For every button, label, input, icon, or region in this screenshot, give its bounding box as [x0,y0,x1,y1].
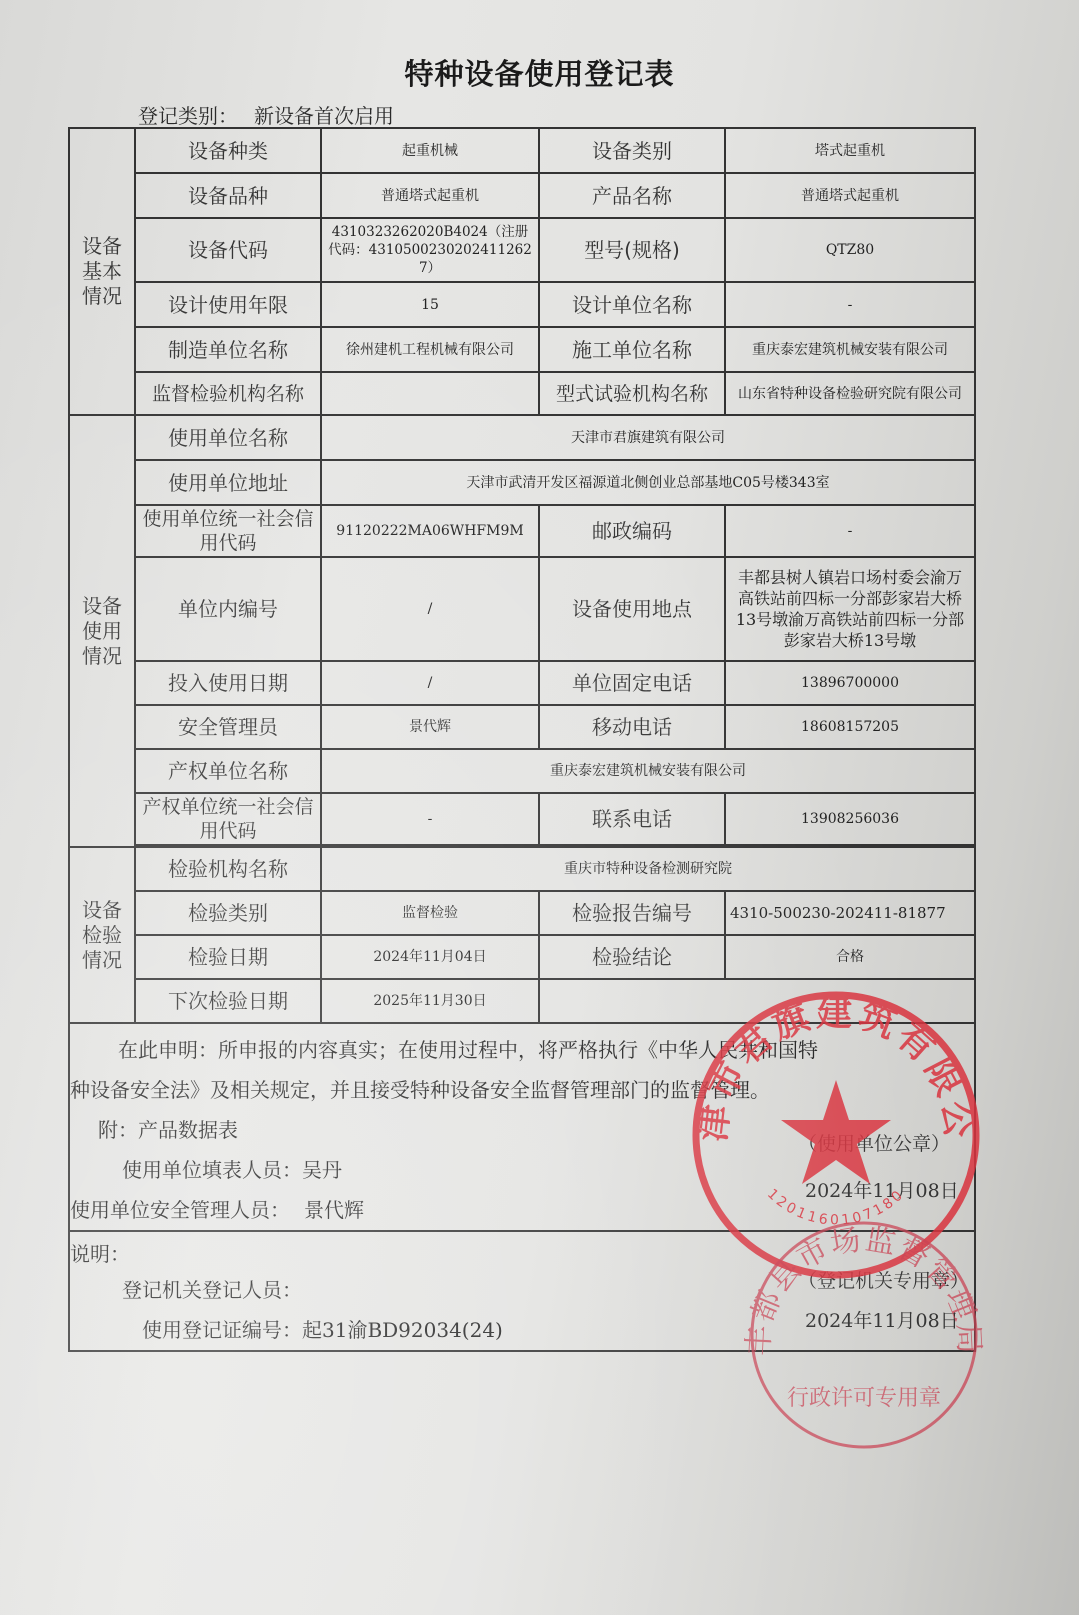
table-row: 下次检验日期 2025年11月30日 [69,979,975,1023]
field-label: 使用单位名称 [135,415,321,460]
table-row: 产权单位名称 重庆泰宏建筑机械安装有限公司 [69,749,975,793]
field-label: 设备类别 [539,128,725,173]
design-unit-value: - [725,282,975,327]
field-label: 设备品种 [135,173,321,218]
safety-manager-value: 景代辉 [321,705,539,749]
owner-credit-value: - [321,793,539,845]
field-label: 产权单位统一社会信用代码 [135,793,321,845]
registration-type: 登记类别：新设备首次启用 [138,100,394,129]
notes-row: 说明： 登记机关登记人员： 使用登记证编号：起31渝BD92034(24) （登… [69,1231,975,1351]
table-row: 设备使用情况 使用单位名称 天津市君旗建筑有限公司 [69,415,975,460]
table-row: 设计使用年限 15 设计单位名称 - [69,282,975,327]
postal-code-value: - [725,505,975,557]
user-name-value: 天津市君旗建筑有限公司 [321,415,975,460]
field-label: 下次检验日期 [135,979,321,1023]
table-row: 设备代码 4310323262020B4024（注册代码：43105002302… [69,218,975,282]
section-inspection-heading: 设备检验情况 [69,847,135,1023]
field-label: 检验类别 [135,891,321,935]
credit-code-value: 91120222MA06WHFM9M [321,505,539,557]
section-usage-heading: 设备使用情况 [69,415,135,847]
field-label: 制造单位名称 [135,327,321,372]
start-date-value: / [321,661,539,705]
field-label: 使用单位地址 [135,460,321,505]
type-test-agency-value: 山东省特种设备检验研究院有限公司 [725,372,975,415]
field-label: 检验日期 [135,935,321,979]
registration-type-label: 登记类别： [138,104,238,128]
table-row: 检验日期 2024年11月04日 检验结论 合格 [69,935,975,979]
form-filler-label: 使用单位填表人员： [122,1158,302,1182]
field-label: 产权单位名称 [135,749,321,793]
field-label: 设计使用年限 [135,282,321,327]
field-label: 检验结论 [539,935,725,979]
declaration-line-1: 在此申明：所申报的内容真实；在使用过程中，将严格执行《中华人民共和国特 [70,1030,974,1070]
field-label: 监督检验机构名称 [135,372,321,415]
contact-phone-value: 13908256036 [725,793,975,845]
company-seal-date: 2024年11月08日 [805,1176,959,1203]
table-row: 使用单位统一社会信用代码 91120222MA06WHFM9M 邮政编码 - [69,505,975,557]
owner-name-value: 重庆泰宏建筑机械安装有限公司 [321,749,975,793]
field-label: 检验报告编号 [539,891,725,935]
fixed-phone-value: 13896700000 [725,661,975,705]
certificate-number-value: 起31渝BD92034(24) [302,1318,503,1342]
table-row: 产权单位统一社会信用代码 - 联系电话 13908256036 [69,793,975,845]
equipment-code-value: 4310323262020B4024（注册代码：4310500230202411… [321,218,539,282]
field-label: 投入使用日期 [135,661,321,705]
safety-manager-name: 景代辉 [304,1198,364,1222]
construction-unit-value: 重庆泰宏建筑机械安装有限公司 [725,327,975,372]
table-row: 检验类别 监督检验 检验报告编号 4310-500230-202411-8187… [69,891,975,935]
equipment-category-value: 塔式起重机 [725,128,975,173]
table-row: 设备品种 普通塔式起重机 产品名称 普通塔式起重机 [69,173,975,218]
form-filler-name: 吴丹 [302,1158,342,1182]
inspection-date-value: 2024年11月04日 [321,935,539,979]
declaration-row: 在此申明：所申报的内容真实；在使用过程中，将严格执行《中华人民共和国特 种设备安… [69,1023,975,1231]
declaration-line-2: 种设备安全法》及相关规定，并且接受特种设备安全监督管理部门的监督管理。 [70,1070,974,1110]
field-label: 设备使用地点 [539,557,725,661]
section-basic-heading: 设备基本情况 [69,128,135,415]
user-address-value: 天津市武清开发区福源道北侧创业总部基地C05号楼343室 [321,460,975,505]
field-label: 设备代码 [135,218,321,282]
supervision-agency-value [321,372,539,415]
registration-form-table: 设备基本情况 设备种类 起重机械 设备类别 塔式起重机 设备品种 普通塔式起重机… [68,127,976,1352]
field-label: 设计单位名称 [539,282,725,327]
table-row: 监督检验机构名称 型式试验机构名称 山东省特种设备检验研究院有限公司 [69,372,975,415]
certificate-number-label: 使用登记证编号： [142,1318,302,1342]
field-label: 安全管理员 [135,705,321,749]
field-label: 单位固定电话 [539,661,725,705]
product-name-value: 普通塔式起重机 [725,173,975,218]
internal-no-value: / [321,557,539,661]
equipment-variety-value: 普通塔式起重机 [321,173,539,218]
mobile-value: 18608157205 [725,705,975,749]
design-life-value: 15 [321,282,539,327]
registration-type-value: 新设备首次启用 [254,104,394,128]
field-label: 使用单位统一社会信用代码 [135,505,321,557]
field-label: 设备种类 [135,128,321,173]
svg-text:行政许可专用章: 行政许可专用章 [787,1386,941,1411]
document-page: 特种设备使用登记表 登记类别：新设备首次启用 设备基本情况 设备种类 起重机械 … [0,0,1079,1615]
notes-section: 说明： 登记机关登记人员： 使用登记证编号：起31渝BD92034(24) （登… [69,1231,975,1351]
safety-manager-label: 使用单位安全管理人员： [70,1198,290,1222]
authority-seal-date: 2024年11月08日 [805,1306,959,1333]
field-label: 检验机构名称 [135,847,321,891]
inspection-agency-value: 重庆市特种设备检测研究院 [321,847,975,891]
field-label: 型号(规格) [539,218,725,282]
table-row: 制造单位名称 徐州建机工程机械有限公司 施工单位名称 重庆泰宏建筑机械安装有限公… [69,327,975,372]
table-row: 单位内编号 / 设备使用地点 丰都县树人镇岩口场村委会渝万高铁站前四标一分部彭家… [69,557,975,661]
company-seal-caption: （使用单位公章） [798,1129,950,1156]
table-row: 设备检验情况 检验机构名称 重庆市特种设备检测研究院 [69,847,975,891]
declaration-section: 在此申明：所申报的内容真实；在使用过程中，将严格执行《中华人民共和国特 种设备安… [69,1023,975,1231]
document-title: 特种设备使用登记表 [0,52,1079,93]
equipment-kind-value: 起重机械 [321,128,539,173]
manufacturer-value: 徐州建机工程机械有限公司 [321,327,539,372]
field-label: 邮政编码 [539,505,725,557]
next-inspection-date-value: 2025年11月30日 [321,979,539,1023]
table-row: 使用单位地址 天津市武清开发区福源道北侧创业总部基地C05号楼343室 [69,460,975,505]
inspection-conclusion-value: 合格 [725,935,975,979]
table-row: 安全管理员 景代辉 移动电话 18608157205 [69,705,975,749]
field-label: 施工单位名称 [539,327,725,372]
empty-cell [539,979,975,1023]
field-label: 移动电话 [539,705,725,749]
inspection-type-value: 监督检验 [321,891,539,935]
table-row: 设备基本情况 设备种类 起重机械 设备类别 塔式起重机 [69,128,975,173]
usage-location-value: 丰都县树人镇岩口场村委会渝万高铁站前四标一分部彭家岩大桥13号墩渝万高铁站前四标… [725,557,975,661]
model-value: QTZ80 [725,218,975,282]
field-label: 产品名称 [539,173,725,218]
authority-seal-caption: （登记机关专用章） [798,1266,969,1293]
table-row: 投入使用日期 / 单位固定电话 13896700000 [69,661,975,705]
field-label: 型式试验机构名称 [539,372,725,415]
field-label: 联系电话 [539,793,725,845]
field-label: 单位内编号 [135,557,321,661]
report-no-value: 4310-500230-202411-81877 [725,891,975,935]
